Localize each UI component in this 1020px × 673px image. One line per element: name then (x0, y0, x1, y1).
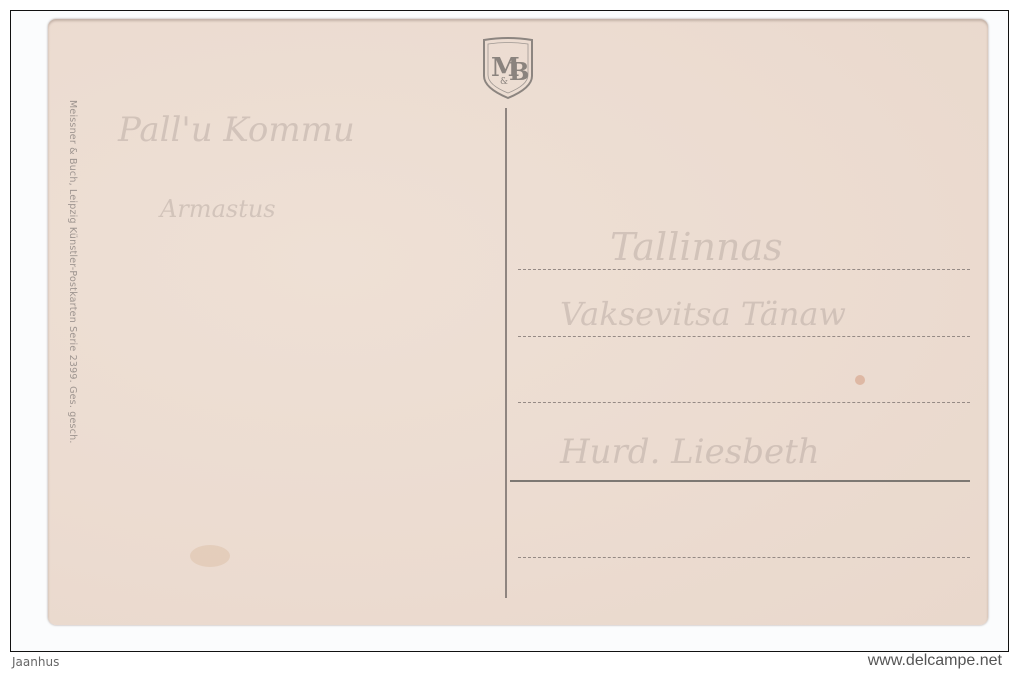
publisher-imprint: Meissner & Buch, Leipzig Künstler-Postka… (58, 100, 78, 530)
handwriting-message: Armastus (160, 195, 276, 223)
shield-logo-icon: M B & (480, 36, 536, 100)
handwriting-message: Pall'u Kommu (118, 110, 355, 150)
svg-text:&: & (500, 77, 508, 87)
handwriting-address: Tallinnas (610, 225, 783, 269)
address-line (518, 402, 970, 403)
handwriting-address: Hurd. Liesbeth (560, 432, 820, 472)
svg-text:B: B (509, 57, 529, 86)
address-line (518, 557, 970, 558)
address-line (518, 269, 970, 270)
stain (190, 545, 230, 567)
handwriting-address: Vaksevitsa Tänaw (560, 295, 846, 333)
watermark-link[interactable]: www.delcampe.net (868, 652, 1002, 670)
address-line (510, 480, 970, 482)
address-line (518, 336, 970, 337)
stain (855, 375, 865, 385)
credit-text: Jaanhus (12, 655, 59, 669)
center-divider (505, 108, 507, 598)
